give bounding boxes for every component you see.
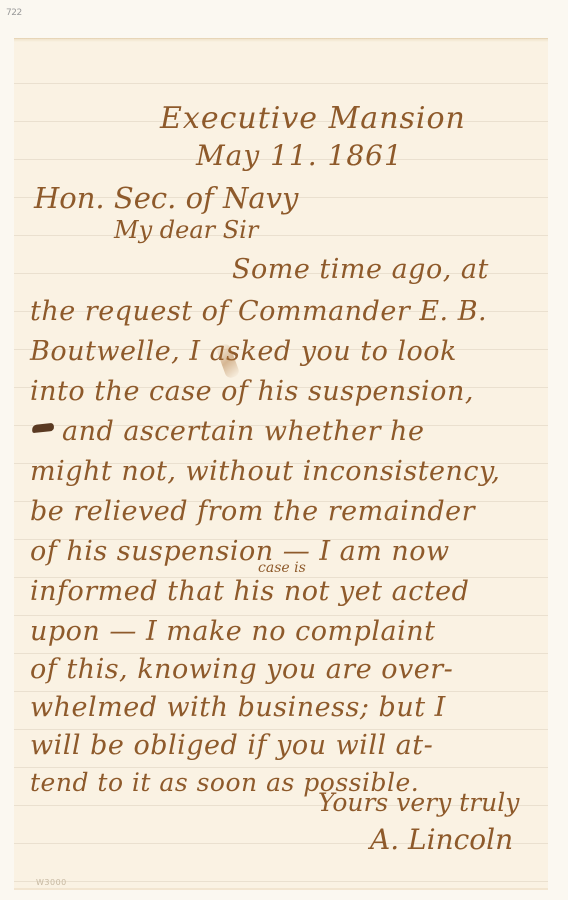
letter-recipient: Hon. Sec. of Navy (34, 184, 298, 213)
body-line: of this, knowing you are over- (30, 656, 453, 683)
body-line: into the case of his suspension, (30, 378, 474, 405)
document-page: 722 Executive Mansion May 11. 1861 Hon. … (0, 0, 568, 900)
letter-closing: Yours very truly (318, 790, 519, 815)
body-line: the request of Commander E. B. (30, 298, 487, 325)
body-line: informed that his not yet acted (30, 578, 469, 605)
body-line: Boutwelle, I asked you to look (30, 338, 457, 365)
body-line: be relieved from the remainder (30, 498, 475, 525)
letter-greeting: My dear Sir (114, 218, 258, 242)
body-line: of his suspension — I am now (30, 538, 450, 565)
letter-heading-place: Executive Mansion (160, 104, 466, 134)
letter-signature: A. Lincoln (370, 826, 513, 854)
body-line: will be obliged if you will at- (30, 732, 433, 759)
body-line: upon — I make no complaint (30, 618, 435, 645)
body-line: whelmed with business; but I (30, 694, 446, 721)
inserted-text: case is (258, 560, 306, 576)
body-line: might not, without inconsistency, (30, 458, 500, 485)
body-line: and ascertain whether he (62, 418, 424, 445)
archive-number: 722 (6, 8, 22, 18)
letter-date: May 11. 1861 (196, 142, 403, 170)
body-line: Some time ago, at (232, 256, 489, 283)
catalog-mark: W3000 (36, 878, 67, 887)
